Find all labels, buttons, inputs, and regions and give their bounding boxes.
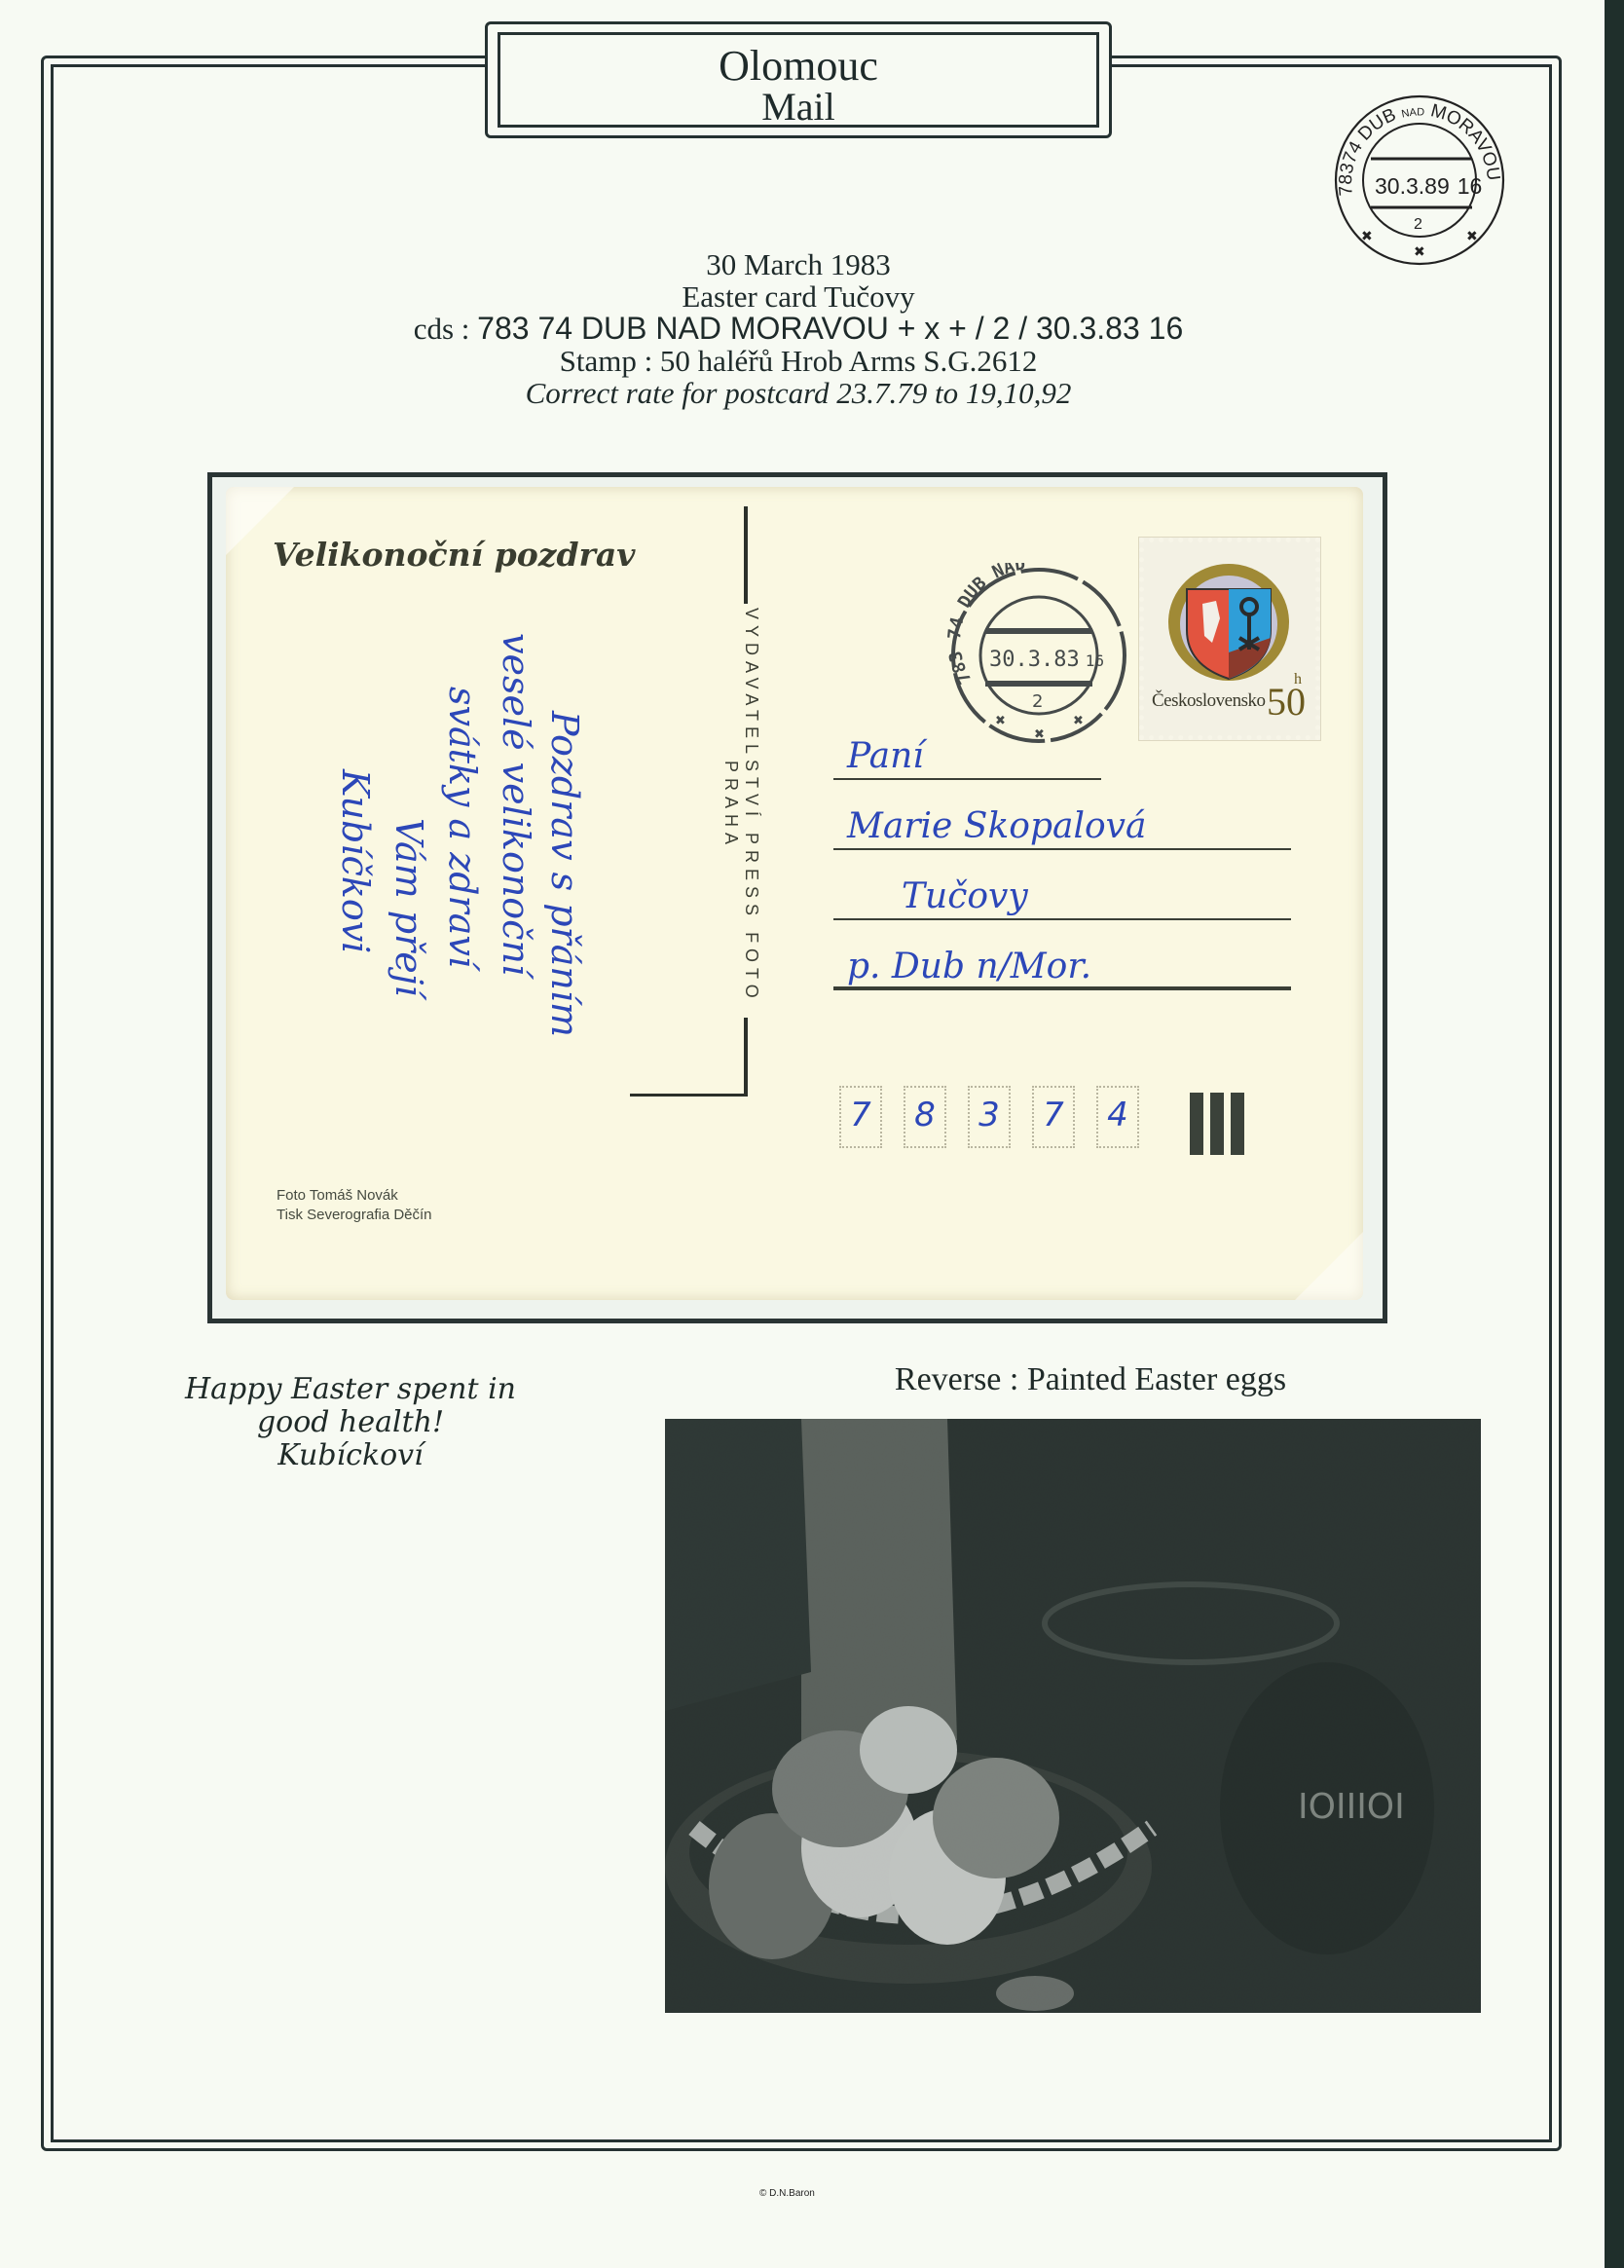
scanner-edge [1605, 0, 1624, 2268]
card-divider-foot [630, 1094, 748, 1097]
address-line: p. Dub n/Mor. [833, 926, 1291, 996]
item-description: 30 March 1983 Easter card Tučovy cds : 7… [253, 248, 1344, 409]
card-divider [744, 506, 748, 604]
reverse-caption: Reverse : Painted Easter eggs [837, 1361, 1344, 1398]
item-subject: Easter card Tučovy [253, 280, 1344, 313]
cds-line: cds : 783 74 DUB NAD MORAVOU + x + / 2 /… [253, 313, 1344, 345]
svg-text:2: 2 [1032, 691, 1043, 712]
svg-text:2: 2 [1414, 216, 1422, 233]
message-translation: Happy Easter spent in good health! Kubíc… [117, 1373, 584, 1472]
address-line: Tučovy [833, 856, 1291, 926]
postcode-digit: 4 [1096, 1086, 1139, 1148]
postcode-digit: 7 [1032, 1086, 1075, 1148]
stamp-line: Stamp : 50 haléřů Hrob Arms S.G.2612 [253, 345, 1344, 377]
coat-of-arms-icon [1165, 560, 1292, 685]
handwritten-message: Pozdrav s přáním veselé velikonoční svát… [294, 613, 645, 1120]
postcard-mount: Velikonoční pozdrav VYDAVATELSTVÍ PRESS … [207, 472, 1387, 1323]
svg-text:✖: ✖ [1361, 230, 1373, 244]
postage-stamp: Československo h 50 [1139, 538, 1320, 740]
item-date: 30 March 1983 [253, 248, 1344, 280]
card-greeting: Velikonoční pozdrav [273, 536, 635, 574]
postcode-digit: 8 [904, 1086, 946, 1148]
rate-note: Correct rate for postcard 23.7.79 to 19,… [253, 377, 1344, 409]
publisher-imprint: VYDAVATELSTVÍ PRESS FOTO PRAHA [732, 596, 761, 1015]
postcode-boxes: 7 8 3 7 4 [839, 1086, 1139, 1148]
address-line: Paní [833, 716, 1291, 786]
postcard: Velikonoční pozdrav VYDAVATELSTVÍ PRESS … [226, 487, 1363, 1300]
card-divider [744, 1018, 748, 1096]
photo-corner [1295, 1232, 1363, 1300]
reference-postmark: 78374 DUB NAD MORAVOU 30.3.8916 2 ✖ ✖ ✖ [1332, 93, 1507, 268]
page-title: Olomouc [500, 45, 1096, 88]
title-box: Olomouc Mail [485, 21, 1112, 138]
sorting-bars-icon [1190, 1093, 1244, 1155]
svg-text:30.3.8316: 30.3.8316 [989, 648, 1104, 672]
postcode-digit: 7 [839, 1086, 882, 1148]
svg-text:✖: ✖ [1414, 245, 1425, 260]
svg-text:✖: ✖ [1466, 230, 1478, 244]
page-subtitle: Mail [500, 88, 1096, 127]
copyright-footer: © D.N.Baron [759, 2188, 815, 2199]
postcode-digit: 3 [968, 1086, 1011, 1148]
photo-credit: Foto Tomáš Novák Tisk Severografia Děčín [277, 1186, 432, 1225]
address-line: Marie Skopalová [833, 786, 1291, 856]
stamp-country: Československo [1152, 690, 1266, 712]
svg-text:30.3.8916: 30.3.8916 [1375, 173, 1482, 199]
reverse-photo-easter-eggs: IOIIIOI [665, 1419, 1481, 2013]
address-block: Paní Marie Skopalová Tučovy p. Dub n/Mor… [833, 716, 1291, 996]
